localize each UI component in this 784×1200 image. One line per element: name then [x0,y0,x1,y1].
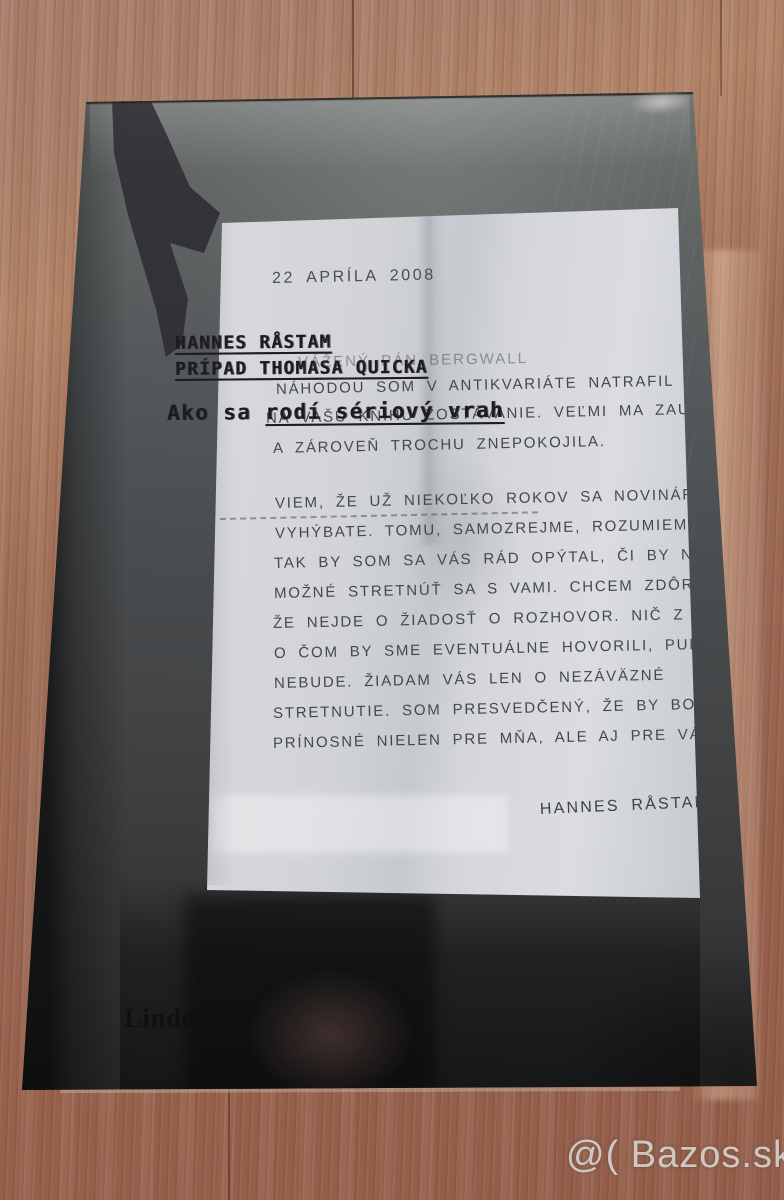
letter-signature: HANNES RÅSTAM [540,794,711,819]
cover-subtitle: Ako sa rodí sériový vrah [167,398,504,425]
letter-line: STRETNUTIE. SOM PRESVEDČENÝ, ŽE BY BOLO [273,696,720,722]
photographer-reflection [248,970,413,1100]
cover-shadow-right [560,930,780,1110]
plank-seam [720,0,722,96]
cover-book-title: PRÍPAD THOMASA QUICKA [175,357,428,380]
bazos-watermark: @( Bazos.sk [566,1134,784,1177]
letter-line: MOŽNÉ STRETNÚŤ SA S VAMI. CHCEM ZDÔRAZNI… [274,575,753,602]
plank-seam [352,0,354,100]
publisher-logo: Lindeni [124,1003,218,1034]
letter-date: 22 APRÍLA 2008 [272,267,436,288]
book-photo: 22 APRÍLA 2008 NÁHODOU SOM V ANTIKVARIÁT… [0,0,784,1200]
plank-seam [228,1086,230,1200]
cover-subtitle-prefix: Ako sa [167,400,266,425]
paper-fold-band [212,795,507,853]
letter-line: ŽE NEJDE O ŽIADOSŤ O ROZHOVOR. NIČ Z TOH… [273,605,752,632]
letter-line: NEBUDE. ŽIADAM VÁS LEN O NEZÁVÄZNÉ [274,667,666,692]
cover-author-name: HANNES RÅSTAM [175,332,332,354]
letter-paper: 22 APRÍLA 2008 NÁHODOU SOM V ANTIKVARIÁT… [200,200,715,910]
letter-line: A ZÁROVEŇ TROCHU ZNEPOKOJILA. [273,433,606,457]
letter-line: PRÍNOSNÉ NIELEN PRE MŇA, ALE AJ PRE VÁS. [273,726,720,752]
cover-subtitle-underlined: rodí sériový vrah [265,398,504,424]
paper-smudge [398,455,523,625]
